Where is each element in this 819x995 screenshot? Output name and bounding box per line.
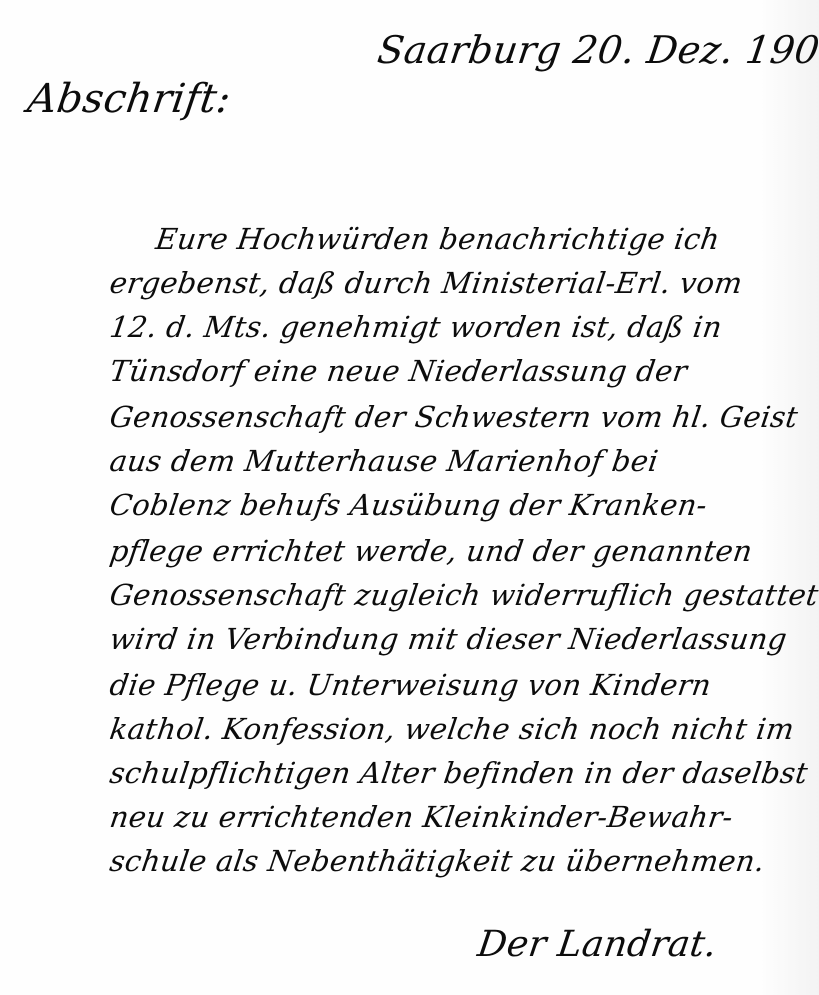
body-line: schule als Nebenthätigkeit zu übernehmen… [108,844,767,878]
body-line: 12. d. Mts. genehmigt worden ist, daß in [108,310,725,344]
body-line: schulpflichtigen Alter befinden in der d… [108,756,810,790]
scanned-letter-page: Saarburg 20. Dez. 1900 Abschrift: Eure H… [0,0,819,995]
paper-texture [759,0,819,995]
body-line: Eure Hochwürden benachrichtige ich [154,222,722,256]
body-line: Genossenschaft zugleich widerruflich ges… [108,578,819,612]
body-line: pflege errichtet werde, und der genannte… [108,534,755,568]
body-line: Genossenschaft der Schwestern vom hl. Ge… [108,400,801,434]
body-line: wird in Verbindung mit dieser Niederlass… [108,622,790,656]
body-line: aus dem Mutterhause Marienhof bei [108,444,661,478]
place-and-date: Saarburg 20. Dez. 1900 [375,28,819,72]
signature: Der Landrat. [475,924,719,965]
body-line: kathol. Konfession, welche sich noch nic… [108,712,797,746]
body-line: ergebenst, daß durch Ministerial-Erl. vo… [108,266,745,300]
body-line: neu zu errichtenden Kleinkinder-Bewahr- [108,800,735,834]
body-line: Coblenz behufs Ausübung der Kranken- [108,488,710,522]
document-heading: Abschrift: [25,76,234,122]
body-line: Tünsdorf eine neue Niederlassung der [108,354,690,388]
body-line: die Pflege u. Unterweisung von Kindern [108,668,714,702]
